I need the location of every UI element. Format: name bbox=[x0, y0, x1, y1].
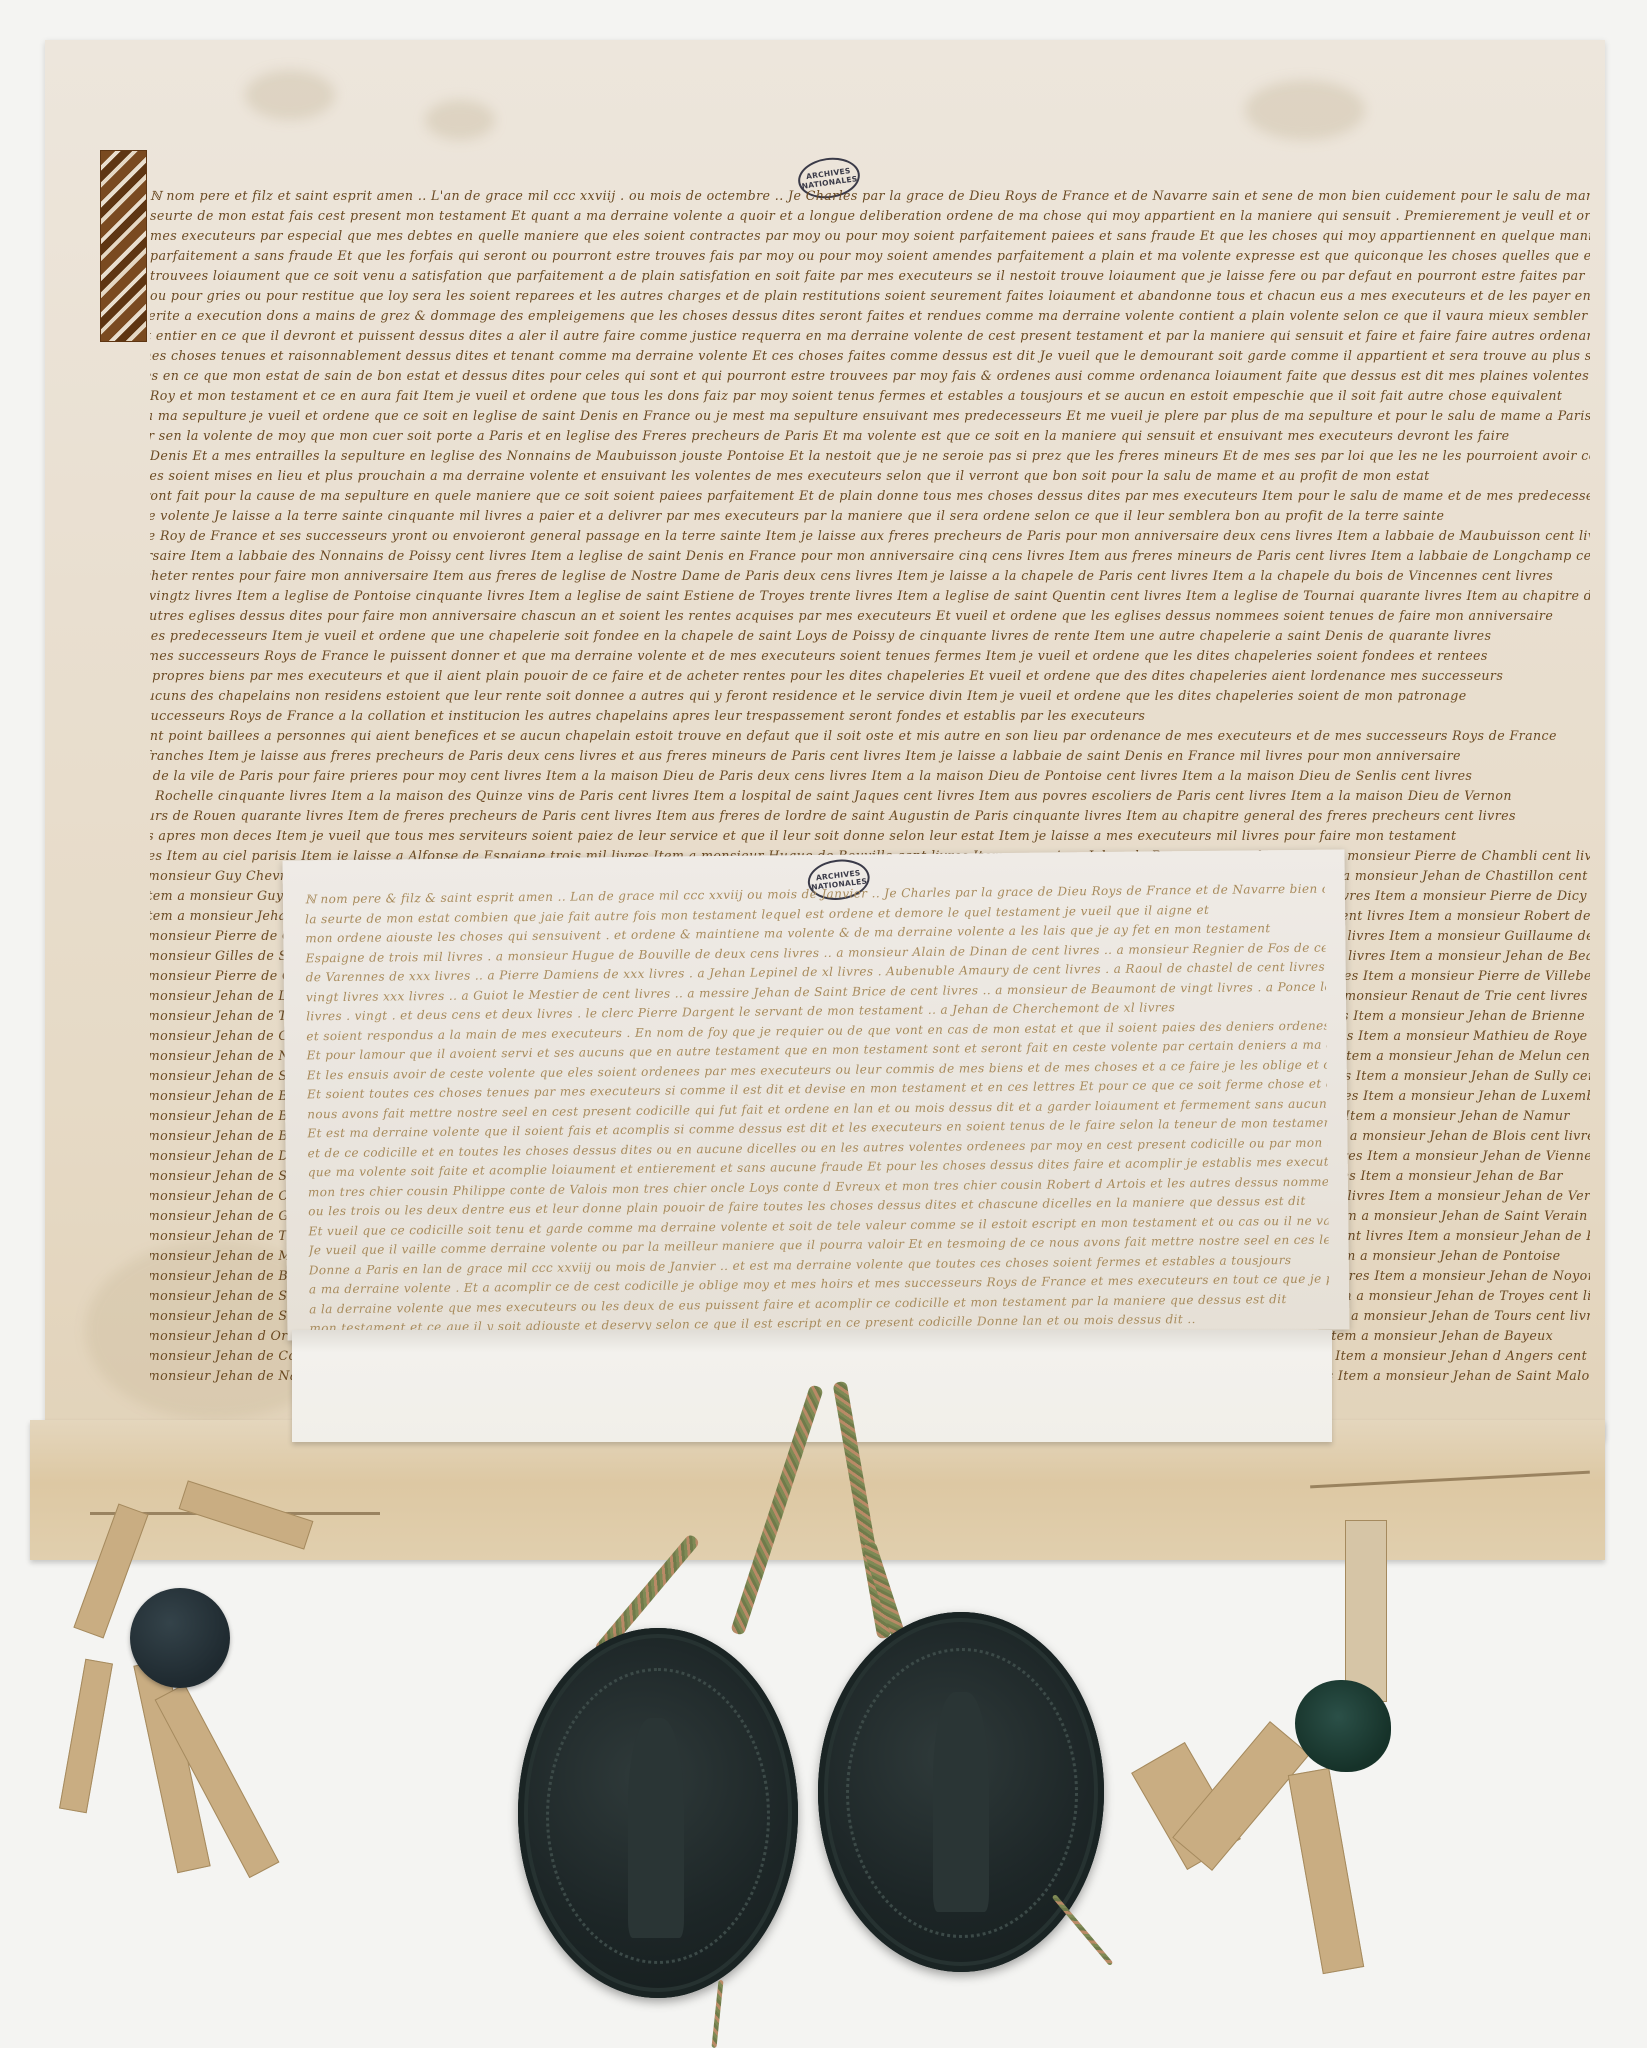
text-line: que seront fait pour la cause de ma sepu… bbox=[150, 486, 1590, 506]
decorated-initial-letter bbox=[100, 150, 147, 342]
text-line: parfaitement a sans fraude Et que les fo… bbox=[150, 246, 1590, 266]
text-line: quant le Roy de France et ses successeur… bbox=[150, 526, 1590, 546]
text-line: tous le Roy et mon testament et ce en au… bbox=[150, 386, 1590, 406]
text-line: ℕ nom pere et filz et saint esprit amen … bbox=[150, 186, 1590, 206]
text-line: de mes propres biens par mes executeurs … bbox=[150, 666, 1590, 686]
text-line: Et se aucuns des chapelains non residens… bbox=[150, 686, 1590, 706]
small-left-seal bbox=[130, 1588, 230, 1688]
parchment-tag bbox=[1288, 1768, 1364, 1974]
text-line: seurte de mon estat fais cest present mo… bbox=[150, 206, 1590, 226]
text-line: Anniversaire Item a labbaie des Nonnains… bbox=[150, 546, 1590, 566]
text-line: ma pure volente Je laisse a la terre sai… bbox=[150, 506, 1590, 526]
text-line: a mes successeurs Roys de France a la co… bbox=[150, 706, 1590, 726]
text-line: et de la Rochelle cinquante livres Item … bbox=[150, 786, 1590, 806]
text-line: et les autres eglises dessus dites pour … bbox=[150, 606, 1590, 626]
text-line: et que mes successeurs Roys de France le… bbox=[150, 646, 1590, 666]
small-right-seal bbox=[1295, 1680, 1391, 1772]
text-line: mes executeurs par especial que mes debt… bbox=[150, 226, 1590, 246]
text-line: par leur sen la volente de moy que mon c… bbox=[150, 426, 1590, 446]
text-line: plain et entier en ce que il devront et … bbox=[150, 326, 1590, 346]
text-line: ou pour gries ou pour restitue que loy s… bbox=[150, 286, 1590, 306]
text-line: et ceus de la vile de Paris pour faire p… bbox=[150, 766, 1590, 786]
inner-codicil-parchment: ARCHIVES NATIONALES ℕ nom pere & filz & … bbox=[283, 849, 1350, 1340]
text-line: pour merite a execution dons a mains de … bbox=[150, 306, 1590, 326]
stain bbox=[425, 100, 495, 140]
great-seal-right bbox=[818, 1612, 1104, 1972]
text-line: et de mes predecesseurs Item je vueil et… bbox=[150, 626, 1590, 646]
text-line: ordenes apres mon deces Item je vueil qu… bbox=[150, 826, 1590, 846]
great-seal-left bbox=[518, 1628, 798, 1998]
inner-text: ℕ nom pere & filz & saint esprit amen ..… bbox=[305, 880, 1330, 1341]
silk-thread bbox=[711, 1980, 723, 2048]
seal-figure-icon bbox=[933, 1692, 989, 1912]
parchment-tag bbox=[1345, 1520, 1387, 1702]
text-line: par a mes choses tenues et raisonnableme… bbox=[150, 346, 1590, 366]
text-line: Quant a ma sepulture je vueil et ordene … bbox=[150, 406, 1590, 426]
text-line: soient franches Item je laisse aus frere… bbox=[150, 746, 1590, 766]
text-line: entrailles soient mises en lieu et plus … bbox=[150, 466, 1590, 486]
text-line: a saint Denis Et a mes entrailles la sep… bbox=[150, 446, 1590, 466]
text-line: ne seront point baillees a personnes qui… bbox=[150, 726, 1590, 746]
silk-thread bbox=[1052, 1894, 1114, 1966]
stain bbox=[245, 70, 335, 120]
stain bbox=[1245, 80, 1365, 140]
text-line: precheurs de Rouen quarante livres Item … bbox=[150, 806, 1590, 826]
text-line: trouvees loiaument que ce soit venu a sa… bbox=[150, 266, 1590, 286]
seal-figure-icon bbox=[628, 1718, 684, 1938]
text-line: quatre vingtz livres Item a leglise de P… bbox=[150, 586, 1590, 606]
text-line: pour acheter rentes pour faire mon anniv… bbox=[150, 566, 1590, 586]
text-line: trouvees en ce que mon estat de sain de … bbox=[150, 366, 1590, 386]
parchment-tag bbox=[59, 1659, 113, 1814]
